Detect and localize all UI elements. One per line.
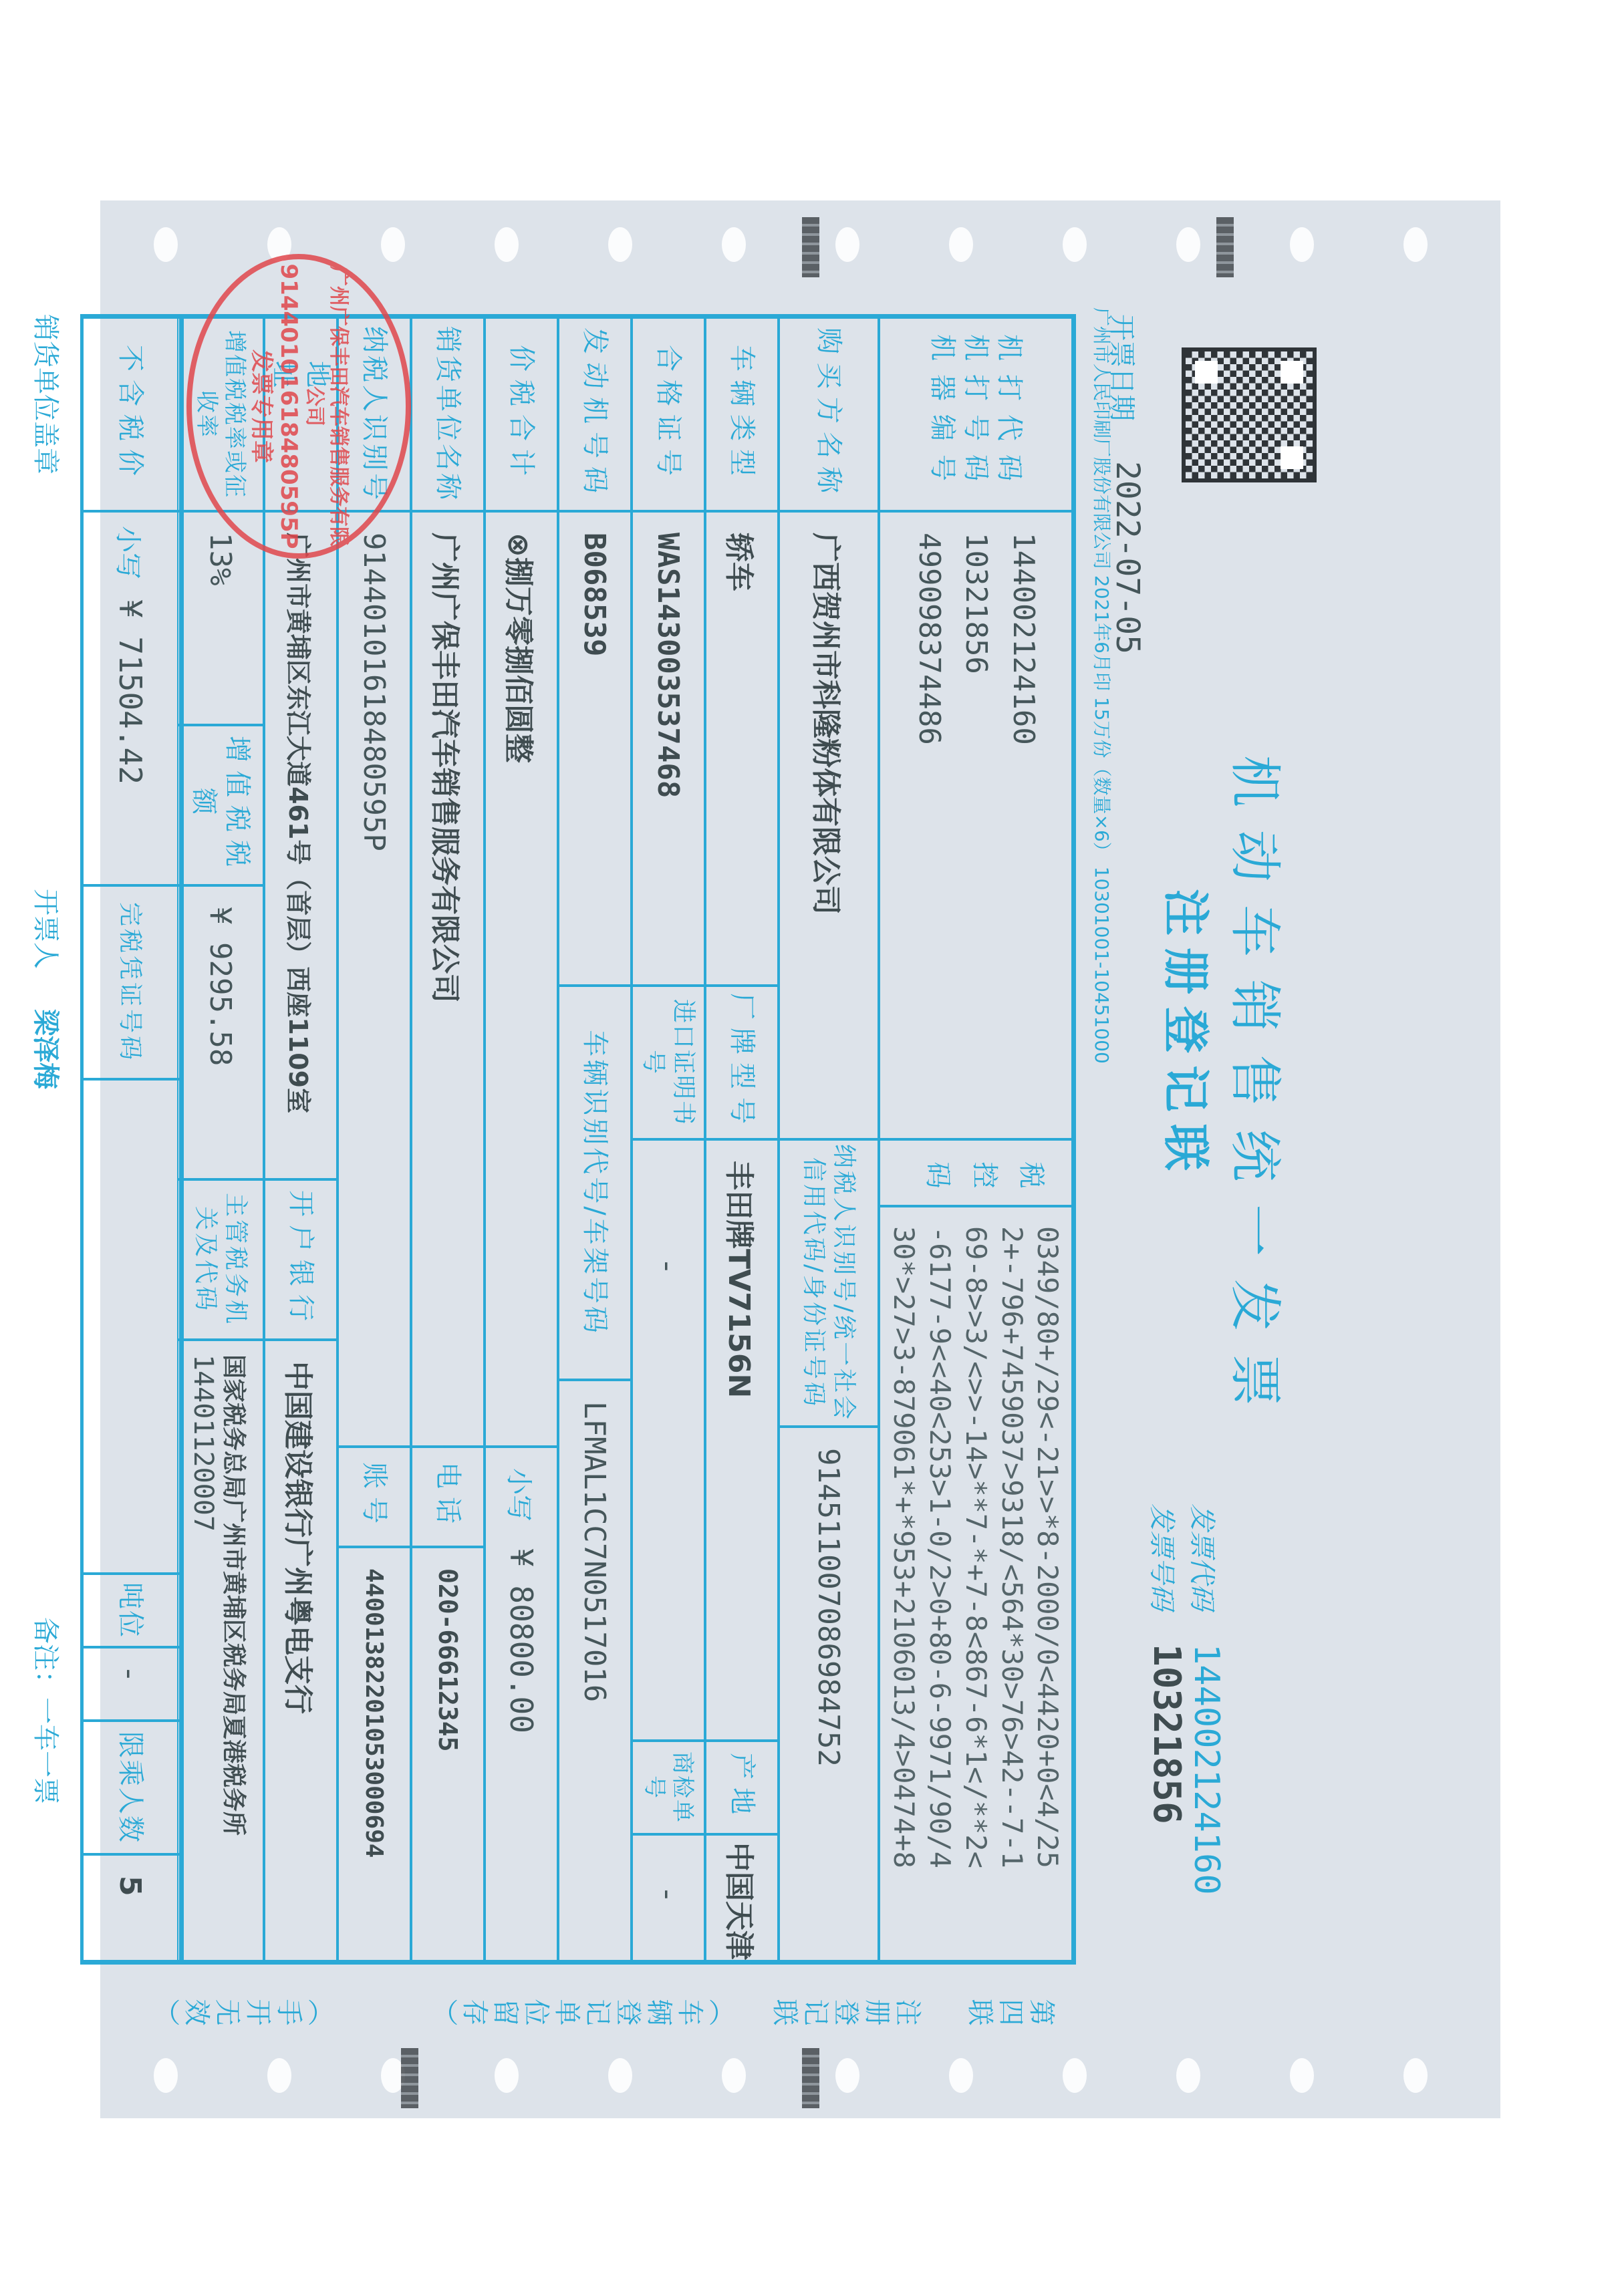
tonnage: - — [80, 1647, 180, 1721]
buyer-name-label: 购买方名称 — [779, 317, 879, 511]
engine-label: 发动机号码 — [558, 317, 632, 511]
issuer-name: 梁泽梅 — [29, 1009, 67, 1089]
authority-label: 主管税务机关及代码 — [177, 1179, 264, 1340]
machine-number-label: 机打号码 — [959, 334, 992, 494]
account-label: 账号 — [338, 1447, 411, 1547]
excl-cell: 小写 ¥ 71504.42 — [80, 511, 180, 885]
company-seal-stamp: 广州广保丰田汽车销售服务有限公司 91440101618480595P 发票专用… — [186, 254, 411, 559]
cert-label: 合格证号 — [632, 317, 705, 511]
machine-serial-label: 机器编号 — [926, 334, 959, 494]
machine-number: 10321856 — [952, 533, 999, 674]
buyer-id: 914511007086984752 — [779, 1427, 879, 1961]
issue-date: 2022-07-05 — [1109, 461, 1146, 654]
seller-name-label: 销货单位名称 — [411, 317, 485, 511]
seller-name: 广州广保丰田汽车销售服务有限公司 — [411, 511, 485, 1447]
invoice-number-label: 发票号码 — [1145, 1503, 1183, 1610]
machine-values: 144002124160 10321856 499098374486 — [879, 511, 1073, 1139]
invoice-form: 广州市人民印刷厂股份有限公司 2021年6月印 15万份（数量×6） 10301… — [67, 287, 1337, 2058]
authority-code: 14401120007 — [188, 1354, 219, 1532]
machine-labels: 机打代码 机打号码 机器编号 — [879, 317, 1073, 511]
invoice-number: 10321856 — [1145, 1644, 1188, 1824]
stamp-tax-id: 91440101618480595P — [275, 263, 302, 549]
total-small-cell: 小写 ¥ 80800.00 — [485, 1447, 558, 1961]
perforation-mark — [1216, 217, 1234, 277]
excl-amount: ¥ 71504.42 — [112, 599, 148, 784]
vat-amount: ¥ 9295.58 — [177, 885, 264, 1179]
total-small-label: 小写 — [503, 1468, 541, 1522]
invoice-code: 144002124160 — [1186, 1644, 1226, 1895]
excl-small-label: 小写 — [112, 526, 150, 579]
vat-amount-label: 增值税税额 — [177, 725, 264, 885]
origin-label: 产地 — [705, 1741, 779, 1834]
invoice-title: 机动车销售统一发票 — [1222, 755, 1297, 1429]
manual-invalid-label: （手开无效） — [150, 1991, 334, 2029]
seller-address: 广州市黄埔区东江大道461号（首层）西座1109室 — [264, 511, 338, 1179]
inspection-label: 商检单号 — [632, 1741, 705, 1834]
seller-tax-id: 91440101618480595P — [338, 511, 411, 1447]
vehicle-type: 轿车 — [705, 511, 779, 986]
retain-label: （车辆登记单位留存） — [428, 1991, 735, 2029]
import-cert: - — [632, 1139, 705, 1741]
tax-control-label: 税控码 — [879, 1139, 1073, 1206]
buyer-id-label: 纳税人识别号/统一社会信用代码/身份证号码 — [779, 1139, 879, 1427]
vin: LFMAL1CC7N0517016 — [558, 1380, 632, 1961]
tonnage-label: 吨位 — [80, 1574, 180, 1647]
registration-copy-label: 注册登记联 — [769, 1991, 922, 2029]
engine-number: B068539 — [558, 511, 632, 986]
cert-number: WAS143003537468 — [632, 511, 705, 986]
import-cert-label: 进口证明书号 — [632, 986, 705, 1139]
copy-number-label: 第四联 — [964, 1991, 1056, 2029]
phone-label: 电话 — [411, 1447, 485, 1547]
invoice-grid-lower: 不含税价 小写 ¥ 71504.42 完税凭证号码 吨位 - 限乘人数 5 — [80, 314, 180, 1965]
seller-bank: 中国建设银行广州粤电支行 — [264, 1340, 338, 1961]
authority-name: 国家税务总局广州市黄埔区税务局夏港税务所 — [219, 1354, 253, 1836]
total-upper: ⊗捌万零捌佰圆整 — [485, 511, 558, 1447]
total-label: 价税合计 — [485, 317, 558, 511]
remark: 备注：一车一票 — [29, 1617, 67, 1804]
tax-control-lines: 0349/80+/29<-21>>*8-2000/0<4420+0<4/25 2… — [886, 1207, 1066, 1868]
perforation-mark — [802, 217, 819, 277]
seats: 5 — [80, 1854, 180, 1961]
origin: 中国天津 — [705, 1834, 779, 1961]
machine-code-label: 机打代码 — [992, 334, 1026, 494]
issue-date-label: 开票日期 — [1105, 314, 1143, 421]
authority-cell: 国家税务总局广州市黄埔区税务局夏港税务所 14401120007 — [177, 1340, 264, 1961]
excl-label: 不含税价 — [80, 317, 180, 511]
tax-control-code: 0349/80+/29<-21>>*8-2000/0<4420+0<4/25 2… — [879, 1206, 1073, 1961]
invoice-code-label: 发票代码 — [1185, 1503, 1223, 1610]
stamp-type: 发票专用章 — [247, 349, 275, 463]
seal-label: 销货单位盖章 — [29, 314, 67, 474]
seats-label: 限乘人数 — [80, 1721, 180, 1854]
seller-phone: 020-66612345 — [411, 1547, 485, 1961]
brand-label: 厂牌型号 — [705, 986, 779, 1139]
inspection-number: - — [632, 1834, 705, 1961]
invoice-grid: 机打代码 机打号码 机器编号 144002124160 10321856 499… — [180, 314, 1076, 1965]
tax-cert — [80, 1079, 180, 1574]
issuer-label: 开票人 — [29, 889, 67, 969]
tax-cert-label: 完税凭证号码 — [80, 885, 180, 1079]
bank-label: 开户银行 — [264, 1179, 338, 1340]
seller-account: 44001382201053000694 — [338, 1547, 411, 1961]
brand-model: 丰田牌TV7156N — [705, 1139, 779, 1741]
stamp-company: 广州广保丰田汽车销售服务有限公司 — [302, 259, 350, 553]
vin-label: 车辆识别代号/车架号码 — [558, 986, 632, 1380]
qr-code — [1182, 347, 1317, 482]
machine-serial: 499098374486 — [905, 533, 952, 745]
copy-name: 注册登记联 — [1156, 889, 1223, 1183]
buyer-name: 广西贺州市科隆粉体有限公司 — [779, 511, 879, 1139]
machine-code: 144002124160 — [999, 533, 1046, 745]
vehicle-type-label: 车辆类型 — [705, 317, 779, 511]
total-small: ¥ 80800.00 — [503, 1548, 539, 1733]
